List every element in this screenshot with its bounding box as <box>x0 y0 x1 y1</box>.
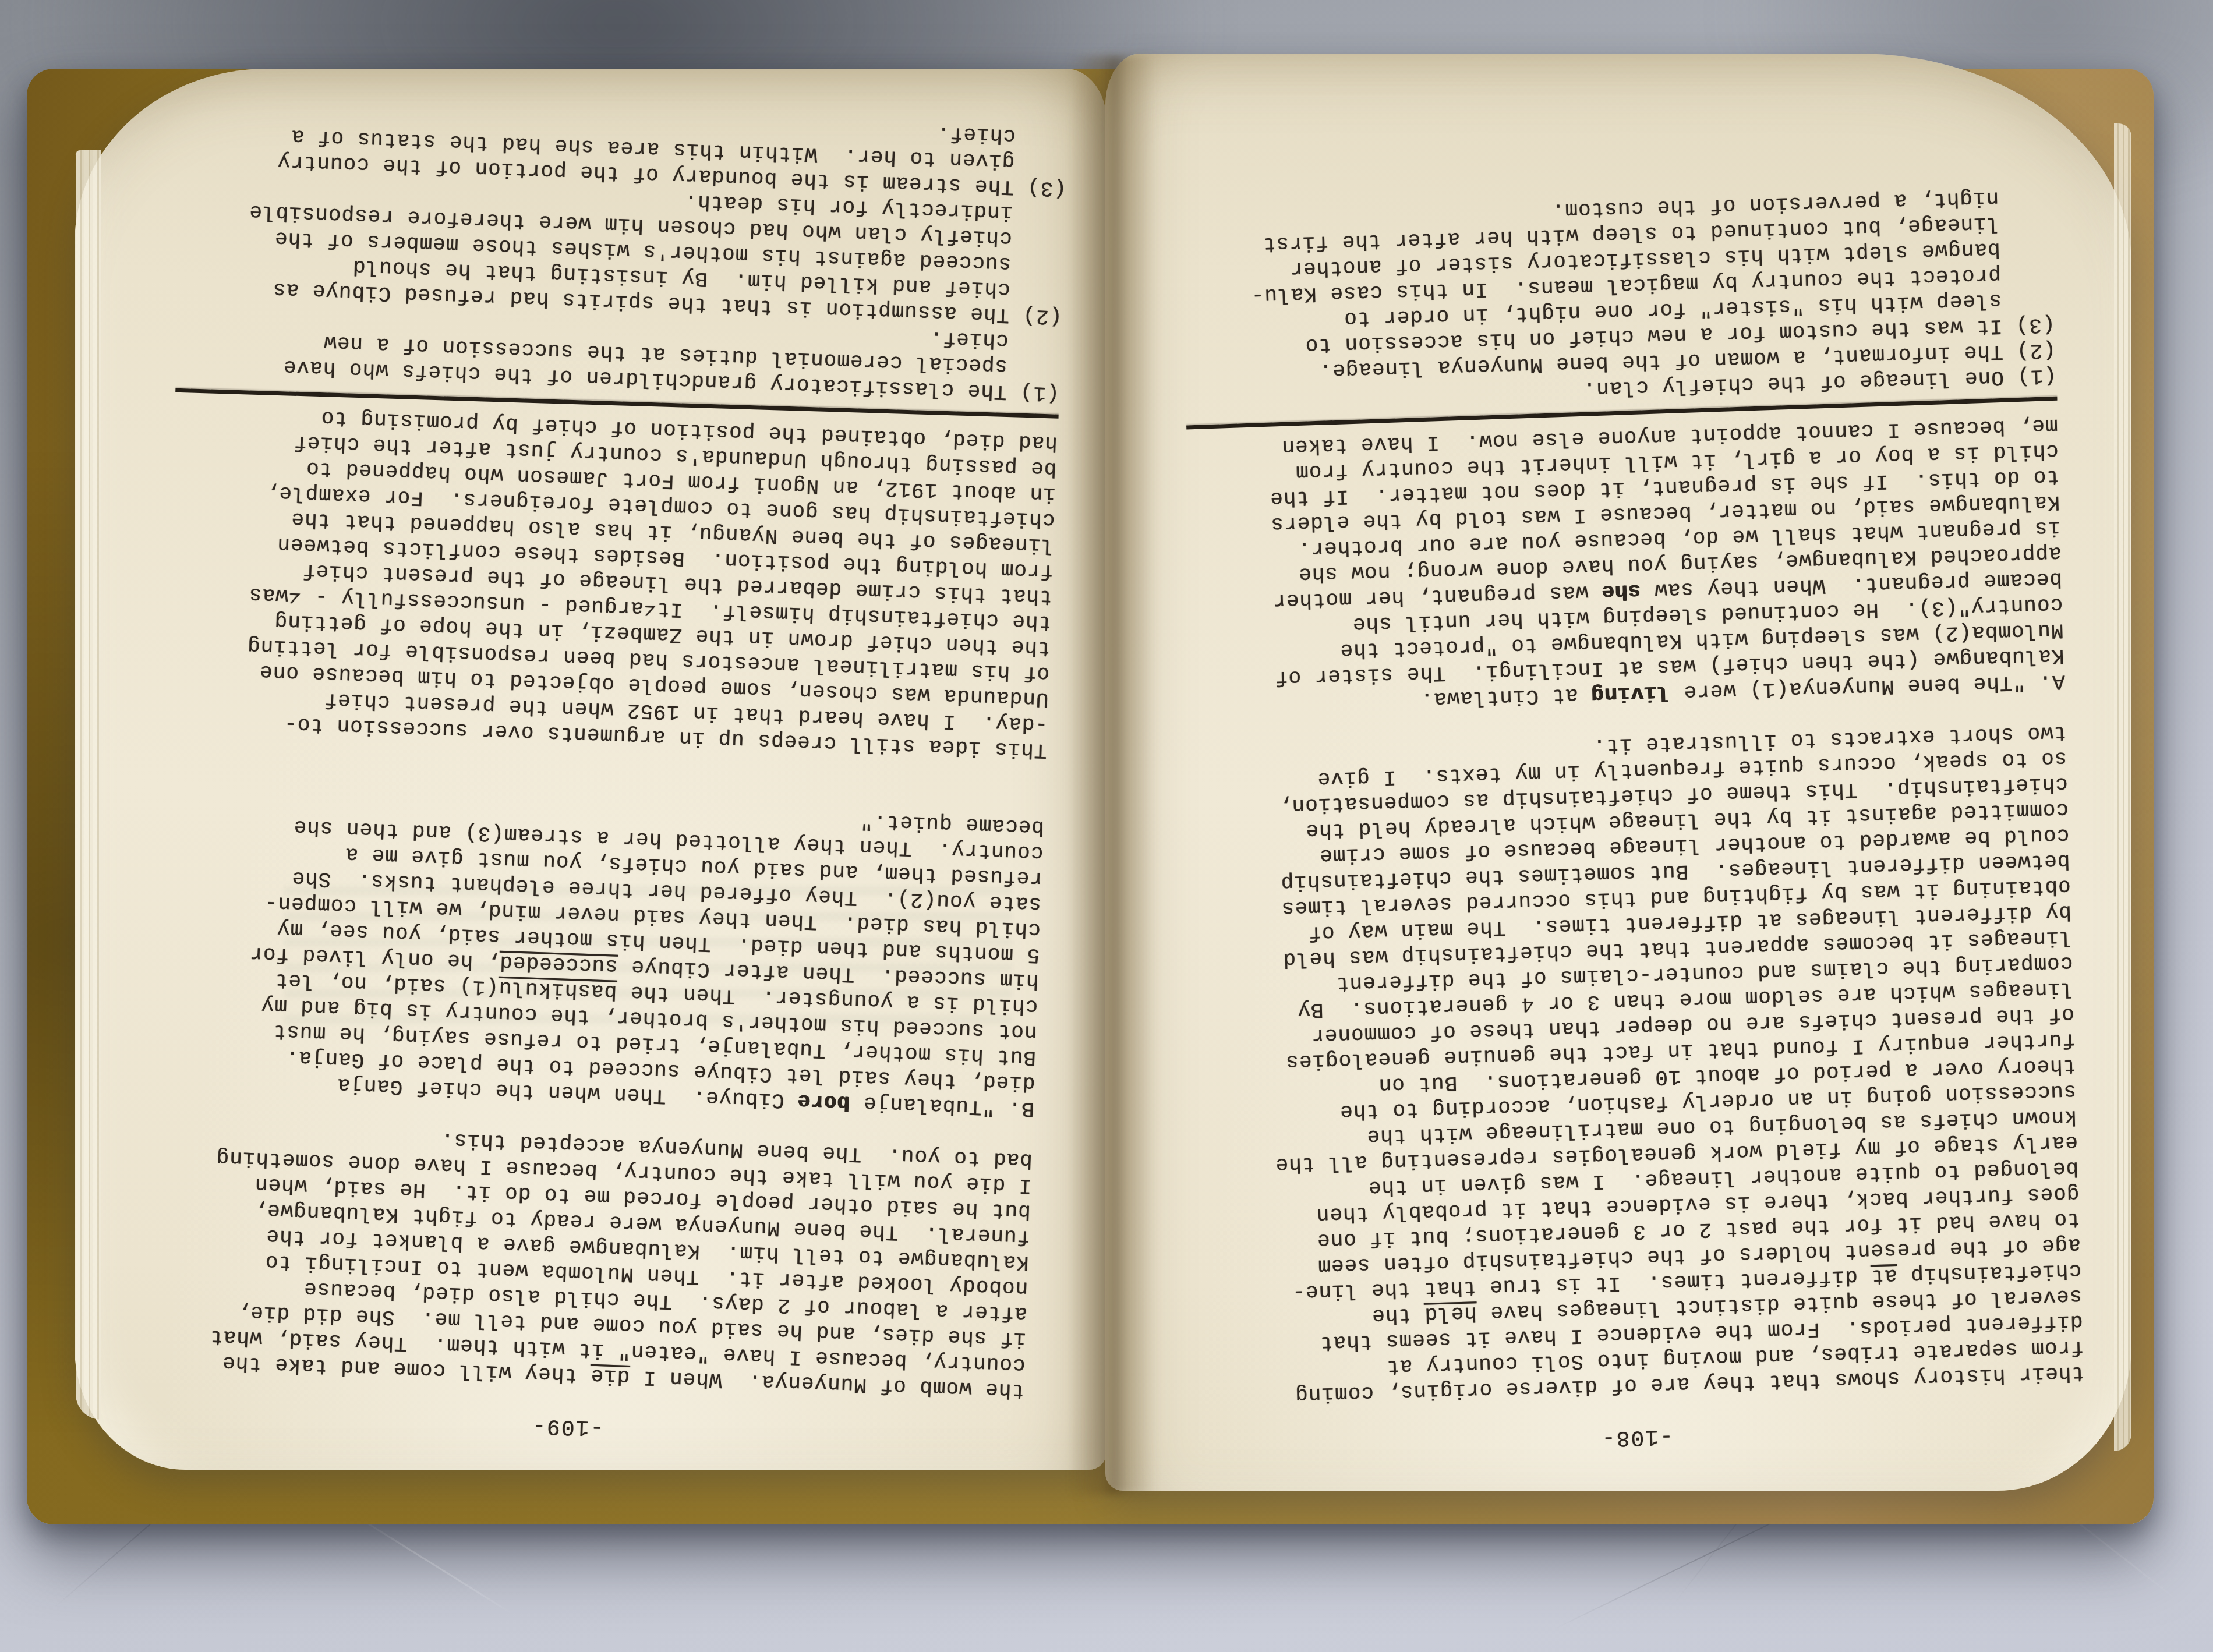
page-number: -109- <box>112 1398 1023 1455</box>
page-stack-edges <box>76 150 101 1420</box>
left-page: -109- the womb of Munyenya. When I die t… <box>75 69 1106 1470</box>
ink-bleed-through <box>284 872 1012 1024</box>
photo-background: -109- the womb of Munyenya. When I die t… <box>0 0 2213 1652</box>
book-gutter-shadow <box>1069 56 1157 1494</box>
left-page-content: -109- the womb of Munyenya. When I die t… <box>112 83 1069 1455</box>
footnotes: (1) One lineage of the chiefly clan.(2) … <box>1154 183 2057 413</box>
page-stack-edges <box>2114 123 2131 1451</box>
right-page-content: -108- their history shows that they are … <box>1151 82 2086 1462</box>
body-text: their history shows that they are of div… <box>1160 412 2085 1410</box>
right-page: -108- their history shows that they are … <box>1105 54 2131 1491</box>
page-number: -108- <box>1188 1412 2087 1462</box>
footnotes: (1) The classificatory grandchildren of … <box>149 93 1069 406</box>
